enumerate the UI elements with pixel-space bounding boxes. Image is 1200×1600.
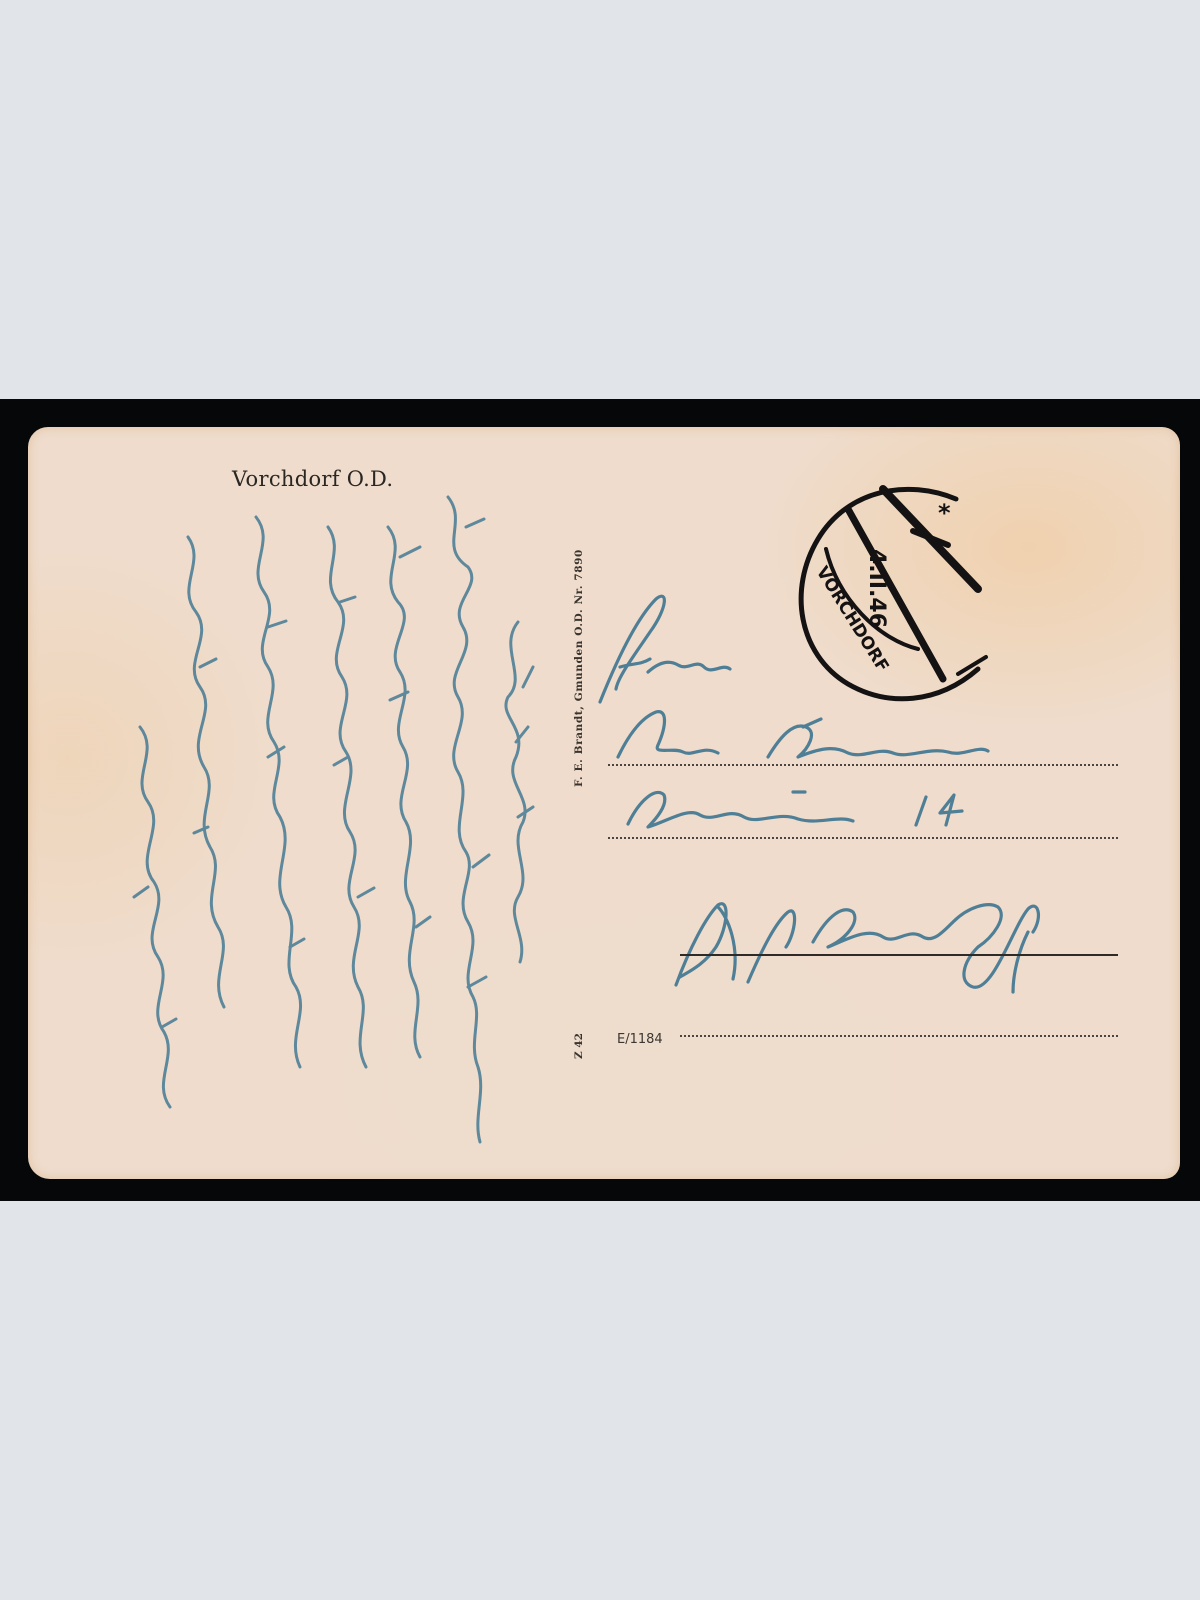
- form-code: E/1184: [617, 1032, 663, 1047]
- postcard: Vorchdorf O.D. F. E. Brandt, Gmunden O.D…: [28, 427, 1180, 1179]
- address-line-3: [680, 954, 1118, 956]
- scan-frame: Vorchdorf O.D. F. E. Brandt, Gmunden O.D…: [0, 399, 1200, 1201]
- address-line-4: [680, 1035, 1118, 1037]
- handwritten-address: [28, 427, 1180, 1179]
- address-line-2: [608, 837, 1118, 839]
- address-line-1: [608, 764, 1118, 766]
